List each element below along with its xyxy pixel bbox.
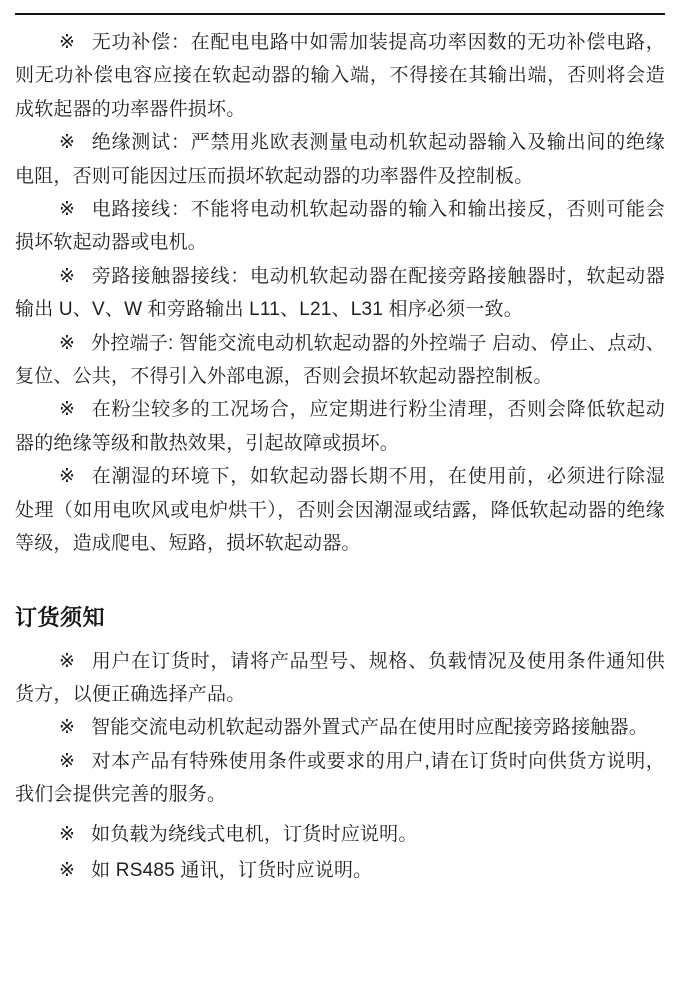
precaution-text: 在潮湿的环境下，如软起动器长期不用，在使用前，必须进行除湿处理（如用电吹风或电炉… (15, 466, 665, 554)
ordering-note-text: 如负载为绕线式电机，订货时应说明。 (91, 824, 417, 845)
reference-mark: ※ (59, 860, 91, 881)
reference-mark: ※ (59, 751, 92, 772)
precaution-text: 在粉尘较多的工况场合，应定期进行粉尘清理，否则会降低软起动器的绝缘等级和散热效果… (15, 399, 665, 453)
reference-mark: ※ (59, 132, 92, 153)
precaution-paragraph: ※电路接线：不能将电动机软起动器的输入和输出接反，否则可能会损坏软起动器或电机。 (15, 193, 665, 260)
page-content: ※无功补偿：在配电电路中如需加装提高功率因数的无功补偿电路，则无功补偿电容应接在… (15, 26, 665, 887)
top-rule-divider (15, 13, 665, 15)
reference-mark: ※ (59, 717, 91, 738)
ordering-note-text: 用户在订货时，请将产品型号、规格、负载情况及使用条件通知供货方，以便正确选择产品… (15, 651, 665, 705)
reference-mark: ※ (59, 32, 92, 53)
ordering-note-paragraph: ※对本产品有特殊使用条件或要求的用户,请在订货时向供货方说明，我们会提供完善的服… (15, 745, 665, 812)
precaution-paragraph: ※外控端子: 智能交流电动机软起动器的外控端子 启动、停止、点动、复位、公共，不… (15, 327, 665, 394)
ordering-note-text: 如 RS485 通讯，订货时应说明。 (91, 860, 372, 881)
reference-mark: ※ (59, 333, 91, 354)
ordering-note-text: 智能交流电动机软起动器外置式产品在使用时应配接旁路接触器。 (91, 717, 648, 738)
precaution-paragraph: ※无功补偿：在配电电路中如需加装提高功率因数的无功补偿电路，则无功补偿电容应接在… (15, 26, 665, 126)
precaution-paragraph: ※旁路接触器接线：电动机软起动器在配接旁路接触器时，软起动器输出 U、V、W 和… (15, 260, 665, 327)
precaution-text: 外控端子: 智能交流电动机软起动器的外控端子 启动、停止、点动、复位、公共，不得… (15, 333, 665, 387)
reference-mark: ※ (59, 266, 92, 287)
precaution-paragraph: ※在潮湿的环境下，如软起动器长期不用，在使用前，必须进行除湿处理（如用电吹风或电… (15, 460, 665, 560)
reference-mark: ※ (59, 466, 92, 487)
precaution-text: 电路接线：不能将电动机软起动器的输入和输出接反，否则可能会损坏软起动器或电机。 (15, 199, 665, 253)
precaution-text: 绝缘测试：严禁用兆欧表测量电动机软起动器输入及输出间的绝缘电阻，否则可能因过压而… (15, 132, 665, 186)
reference-mark: ※ (59, 199, 92, 220)
reference-mark: ※ (59, 824, 91, 845)
ordering-note-paragraph: ※如 RS485 通讯，订货时应说明。 (15, 854, 665, 887)
ordering-note-paragraph: ※如负载为绕线式电机，订货时应说明。 (15, 818, 665, 851)
precaution-paragraph: ※在粉尘较多的工况场合，应定期进行粉尘清理，否则会降低软起动器的绝缘等级和散热效… (15, 393, 665, 460)
ordering-note-paragraph: ※智能交流电动机软起动器外置式产品在使用时应配接旁路接触器。 (15, 711, 665, 744)
precaution-text: 无功补偿：在配电电路中如需加装提高功率因数的无功补偿电路，则无功补偿电容应接在软… (15, 32, 665, 120)
reference-mark: ※ (59, 399, 92, 420)
ordering-note-text: 对本产品有特殊使用条件或要求的用户,请在订货时向供货方说明，我们会提供完善的服务… (15, 751, 665, 805)
section-heading-ordering-notes: 订货须知 (15, 601, 665, 635)
ordering-note-paragraph: ※用户在订货时，请将产品型号、规格、负载情况及使用条件通知供货方，以便正确选择产… (15, 645, 665, 712)
precaution-text: 旁路接触器接线：电动机软起动器在配接旁路接触器时，软起动器输出 U、V、W 和旁… (15, 266, 665, 320)
reference-mark: ※ (59, 651, 92, 672)
precaution-paragraph: ※绝缘测试：严禁用兆欧表测量电动机软起动器输入及输出间的绝缘电阻，否则可能因过压… (15, 126, 665, 193)
